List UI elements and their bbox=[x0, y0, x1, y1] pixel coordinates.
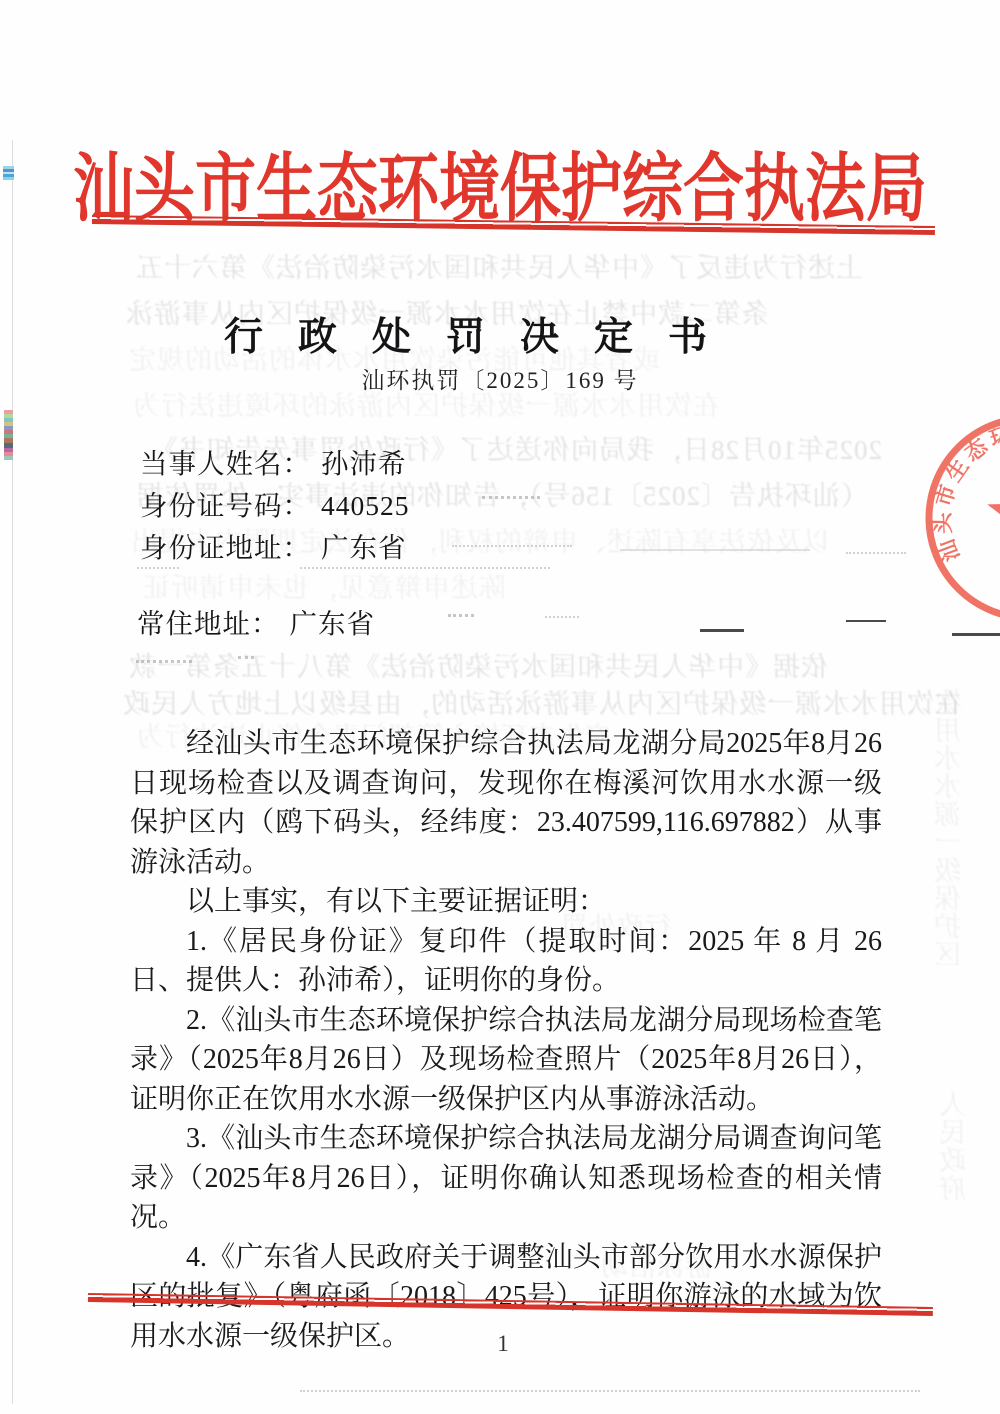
redaction-smudge bbox=[238, 656, 254, 659]
bleed-through-line: 人民政府 bbox=[935, 1090, 974, 1202]
body-paragraph-evidence-2: 2.《汕头市生态环境保护综合执法局龙湖分局现场检查笔录》（2025年8月26日）… bbox=[130, 1001, 882, 1120]
party-id-number-row: 身份证号码：440525 bbox=[140, 483, 410, 523]
official-seal: 汕头市生态环境保护综合执法局 bbox=[894, 383, 1000, 653]
redaction-smudge bbox=[452, 545, 572, 547]
redaction-smudge bbox=[482, 496, 540, 499]
body-paragraph-evidence-intro: 以上事实，有以下主要证据证明： bbox=[130, 882, 882, 922]
party-id-address-row: 身份证地址：广东省 bbox=[140, 525, 407, 565]
party-residence-row: 常住地址：广东省 bbox=[137, 601, 375, 641]
bleed-through-line: 陈述申辩意见，也未申请听证 bbox=[142, 566, 506, 605]
page-number: 1 bbox=[0, 1331, 1000, 1357]
scanned-document-page: 上述行为违反了《中华人民共和国水污染防治法》第六十五 条第二款中禁止在饮用水水源… bbox=[0, 0, 1000, 1414]
redaction-smudge bbox=[545, 616, 579, 618]
party-id-number-label: 身份证号码： bbox=[140, 490, 311, 521]
bleed-through-line: 在饮用水水源一级保护区内从事游泳活动的，由县级以上地方人民政 bbox=[122, 682, 962, 721]
redaction-smudge bbox=[300, 567, 550, 569]
redaction-smudge bbox=[137, 567, 179, 569]
document-number: 汕环执罚〔2025〕169 号 bbox=[0, 362, 1000, 395]
redaction-smudge bbox=[136, 660, 192, 663]
body-paragraph-facts: 经汕头市生态环境保护综合执法局龙湖分局2025年8月26日现场检查以及调查询问，… bbox=[130, 724, 882, 882]
scan-artifact-rainbow bbox=[4, 410, 13, 460]
seal-star-icon bbox=[987, 474, 1000, 554]
body-text-block: 经汕头市生态环境保护综合执法局龙湖分局2025年8月26日现场检查以及调查询问，… bbox=[130, 724, 882, 1356]
redaction-smudge bbox=[700, 629, 744, 632]
party-id-address-label: 身份证地址： bbox=[140, 532, 311, 563]
document-title: 行政处罚决定书 bbox=[0, 306, 983, 362]
party-name-row: 当事人姓名：孙沛希 bbox=[140, 441, 407, 481]
party-residence-value: 广东省 bbox=[290, 608, 376, 639]
party-id-address-value: 广东省 bbox=[321, 532, 407, 563]
body-paragraph-evidence-3: 3.《汕头市生态环境保护综合执法局龙湖分局调查询问笔录》（2025年8月26日）… bbox=[130, 1119, 882, 1238]
redaction-smudge bbox=[620, 549, 810, 551]
bleed-through-line: 依据《中华人民共和国水污染防治法》第八十五条第一款 bbox=[128, 645, 828, 684]
body-paragraph-evidence-1: 1.《居民身份证》复印件（提取时间：2025 年 8 月 26 日、提供人：孙沛… bbox=[130, 922, 882, 1001]
redaction-smudge bbox=[846, 620, 886, 622]
party-id-number-value: 440525 bbox=[321, 490, 410, 521]
party-name-value: 孙沛希 bbox=[321, 448, 407, 479]
scan-noise bbox=[300, 1390, 920, 1392]
party-name-label: 当事人姓名： bbox=[140, 448, 311, 479]
bleed-through-line: 饮用水水源一级保护区 bbox=[930, 688, 969, 968]
redaction-smudge bbox=[448, 614, 474, 617]
bleed-through-line: 上述行为违反了《中华人民共和国水污染防治法》第六十五 bbox=[135, 246, 863, 285]
party-residence-label: 常住地址： bbox=[137, 608, 280, 639]
